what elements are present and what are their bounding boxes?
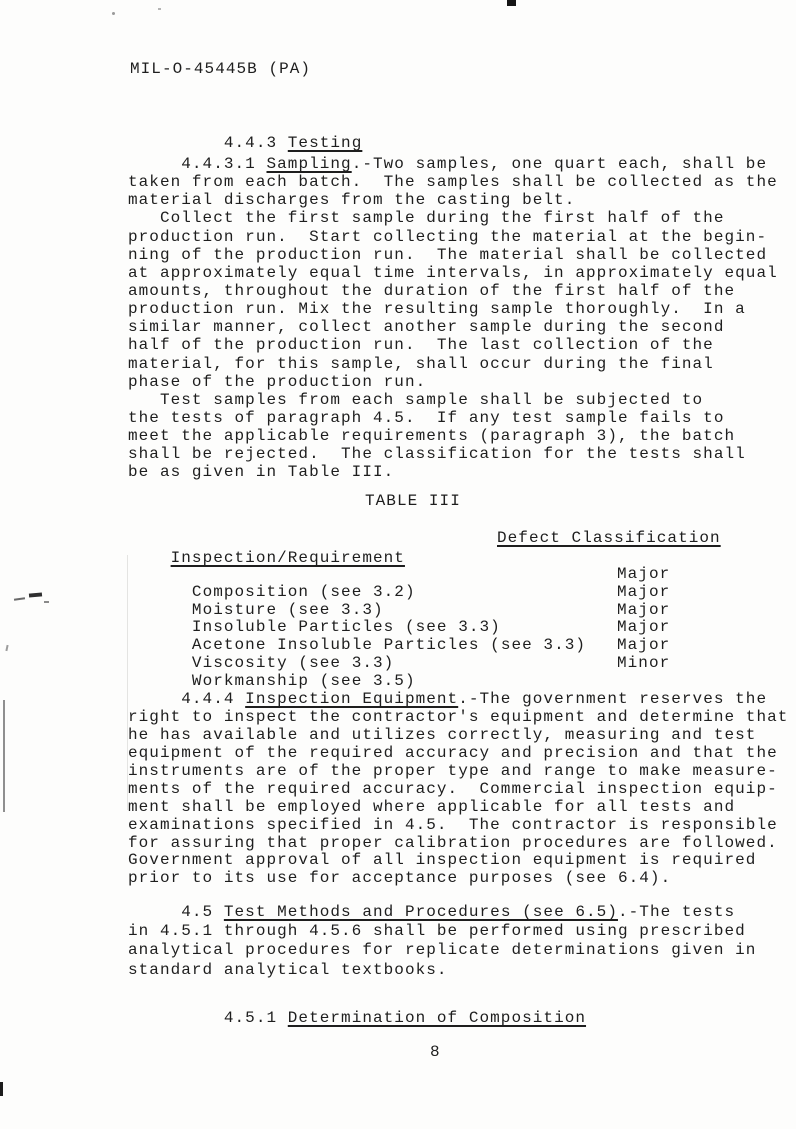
table-cell-item: Workmanship (see 3.5) (192, 672, 416, 690)
text-line: meet the applicable requirements (paragr… (128, 427, 778, 445)
text-line: production run. Start collecting the mat… (128, 228, 778, 246)
paragraph-first-line: 4.4.4 Inspection Equipment.-The governme… (128, 691, 788, 709)
section-heading-4-5-1: 4.5.1 Determination of Composition (128, 991, 586, 1045)
text-line: taken from each batch. The samples shall… (128, 173, 778, 191)
section-number: 4.5.1 (171, 1009, 288, 1027)
text-line: equipment of the required accuracy and p… (128, 745, 788, 763)
paragraph-lines: taken from each batch. The samples shall… (128, 173, 778, 481)
section-title: Determination of Composition (288, 1009, 586, 1027)
paragraph-first-line: 4.5 Test Methods and Procedures (see 6.5… (128, 903, 756, 922)
paragraph-title: Inspection Equipment (245, 690, 458, 708)
text-line: examinations specified in 4.5. The contr… (128, 817, 788, 835)
text-line: ment shall be employed where applicable … (128, 799, 788, 817)
paragraph-first-line: 4.4.3.1 Sampling.-Two samples, one quart… (128, 155, 778, 173)
table-row: Workmanship (see 3.5) Minor (128, 655, 768, 673)
paragraph-number: 4.5 (128, 903, 224, 921)
paragraph-number: 4.4.3.1 (128, 155, 266, 173)
table-col2-header: Defect Classification (497, 528, 721, 548)
scan-artifact-dot (112, 12, 115, 15)
page-number: 8 (430, 1043, 441, 1061)
table-cell-classification: Minor (617, 655, 670, 673)
table-header-row: Inspection/Requirement Defect Classifica… (128, 528, 768, 548)
table-row: Insoluble Particles (see 3.3) Major (128, 602, 768, 620)
paragraph-text: .-The government reserves the (458, 690, 767, 708)
scan-artifact-smudge (44, 601, 49, 603)
paragraph-number: 4.4.4 (128, 690, 245, 708)
text-line: standard analytical textbooks. (128, 961, 756, 980)
scan-artifact-edge-line (3, 700, 5, 812)
text-line: analytical procedures for replicate dete… (128, 941, 756, 960)
table-cell-classification: Major (617, 637, 670, 655)
text-line: half of the production run. The last col… (128, 336, 778, 354)
text-line: right to inspect the contractor's equipm… (128, 709, 788, 727)
table-col1-header: Inspection/Requirement (171, 549, 405, 567)
table-row: Moisture (see 3.3) Major (128, 584, 768, 602)
table-cell-classification: Major (617, 566, 670, 584)
paragraph-text: .-Two samples, one quart each, shall be (352, 155, 767, 173)
scan-artifact-mark (5, 645, 8, 651)
text-line: material discharges from the casting bel… (128, 191, 778, 209)
table-title: TABLE III (365, 492, 461, 510)
text-line: Test samples from each sample shall be s… (128, 391, 778, 409)
section-number: 4.4.3 (171, 134, 288, 152)
table-cell-classification: Major (617, 619, 670, 637)
section-4-5-body: 4.5 Test Methods and Procedures (see 6.5… (128, 903, 756, 980)
text-line: shall be rejected. The classification fo… (128, 445, 778, 463)
text-line: phase of the production run. (128, 373, 778, 391)
paragraph-lines: in 4.5.1 through 4.5.6 shall be performe… (128, 922, 756, 980)
document-id-header: MIL-O-45445B (PA) (130, 60, 311, 78)
text-line: the tests of paragraph 4.5. If any test … (128, 409, 778, 427)
table-row: Composition (see 3.2) Major (128, 566, 768, 584)
section-title: Testing (288, 134, 363, 152)
text-line: in 4.5.1 through 4.5.6 shall be performe… (128, 922, 756, 941)
text-line: ning of the production run. The material… (128, 246, 778, 264)
table-row: Acetone Insoluble Particles (see 3.3) Ma… (128, 619, 768, 637)
text-line: production run. Mix the resulting sample… (128, 300, 778, 318)
text-line: Collect the first sample during the firs… (128, 209, 778, 227)
section-4-4-4-body: 4.4.4 Inspection Equipment.-The governme… (128, 691, 788, 888)
table-cell-classification: Major (617, 602, 670, 620)
scan-artifact-smudge (29, 592, 42, 597)
paragraph-title: Test Methods and Procedures (see 6.5) (224, 903, 618, 921)
table-cell-classification: Major (617, 584, 670, 602)
text-line: at approximately equal time intervals, i… (128, 264, 778, 282)
table-row: Viscosity (see 3.3) Major (128, 637, 768, 655)
section-4-4-3-1-body: 4.4.3.1 Sampling.-Two samples, one quart… (128, 155, 778, 482)
text-line: ments of the required accuracy. Commerci… (128, 781, 788, 799)
text-line: for assuring that proper calibration pro… (128, 835, 788, 853)
document-page: MIL-O-45445B (PA) 4.4.3 Testing 4.4.3.1 … (0, 0, 796, 1129)
scan-artifact-bottom-mark (0, 1082, 3, 1096)
paragraph-title: Sampling (266, 155, 351, 173)
scan-artifact-top-mark (507, 0, 516, 6)
text-line: instruments are of the proper type and r… (128, 763, 788, 781)
paragraph-lines: right to inspect the contractor's equipm… (128, 709, 788, 888)
text-line: Government approval of all inspection eq… (128, 852, 788, 870)
text-line: amounts, throughout the duration of the … (128, 282, 778, 300)
text-line: he has available and utilizes correctly,… (128, 727, 788, 745)
text-line: material, for this sample, shall occur d… (128, 355, 778, 373)
text-line: similar manner, collect another sample d… (128, 318, 778, 336)
text-line: prior to its use for acceptance purposes… (128, 870, 788, 888)
scan-artifact-smudge (14, 597, 25, 601)
table-body: Composition (see 3.2) Major Moisture (se… (128, 566, 768, 673)
scan-artifact-dot (158, 8, 161, 10)
text-line: be as given in Table III. (128, 463, 778, 481)
paragraph-text: .-The tests (618, 903, 735, 921)
